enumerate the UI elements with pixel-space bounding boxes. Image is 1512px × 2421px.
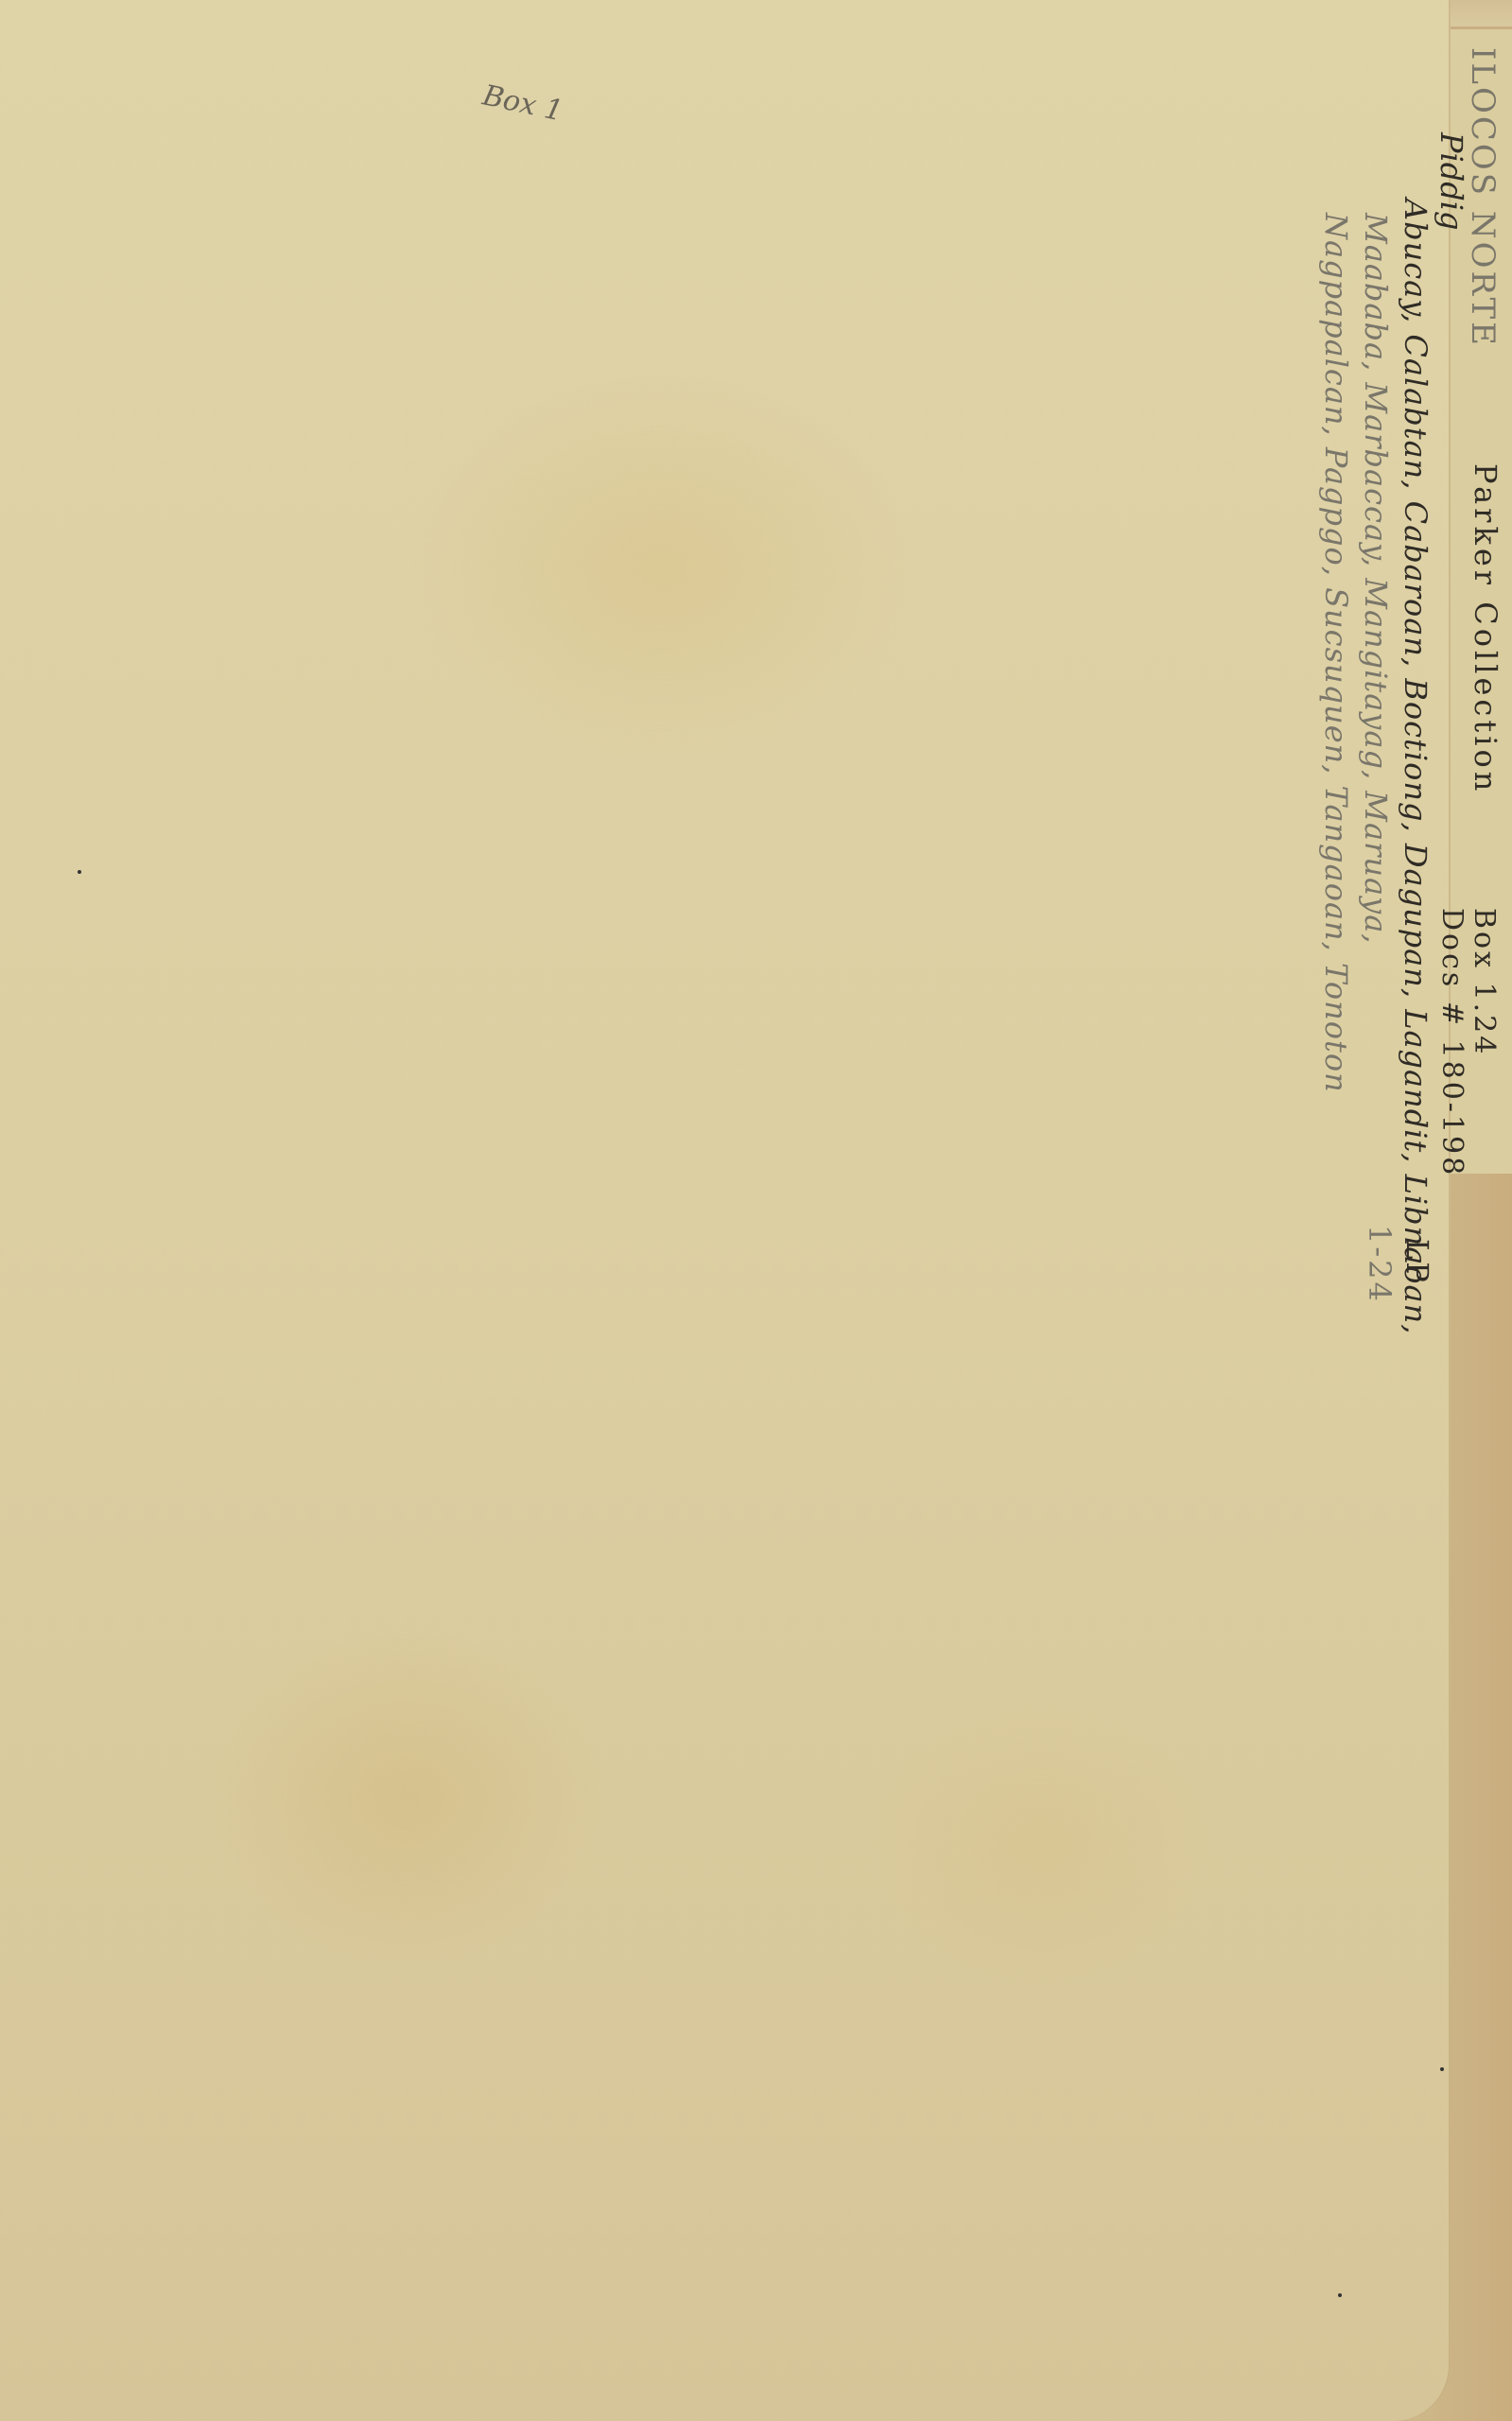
folder-front-cover: [0, 0, 1451, 2421]
barrios-line-3: Nagpapalcan, Pagpgo, Sucsuquen, Tangaoan…: [1318, 213, 1354, 1093]
speck: [78, 870, 81, 874]
province-label: ILOCOS NORTE: [1464, 47, 1502, 348]
speck: [1338, 2293, 1342, 2297]
municipality-label: Piddig: [1434, 132, 1469, 230]
item-range: 1-24: [1362, 1225, 1398, 1304]
speck: [1440, 2067, 1444, 2071]
barrios-line-1: Abucay, Calabtan, Cabaroan, Boctiong, Da…: [1398, 199, 1434, 1334]
collection-label: Parker Collection: [1468, 463, 1503, 794]
barrios-line-2: Maababa, Marbaccay, Mangitayag, Maruaya,: [1358, 213, 1394, 944]
box-reference: Box 1.24: [1468, 908, 1501, 1056]
docs-range: Docs # 180-198: [1435, 908, 1469, 1177]
